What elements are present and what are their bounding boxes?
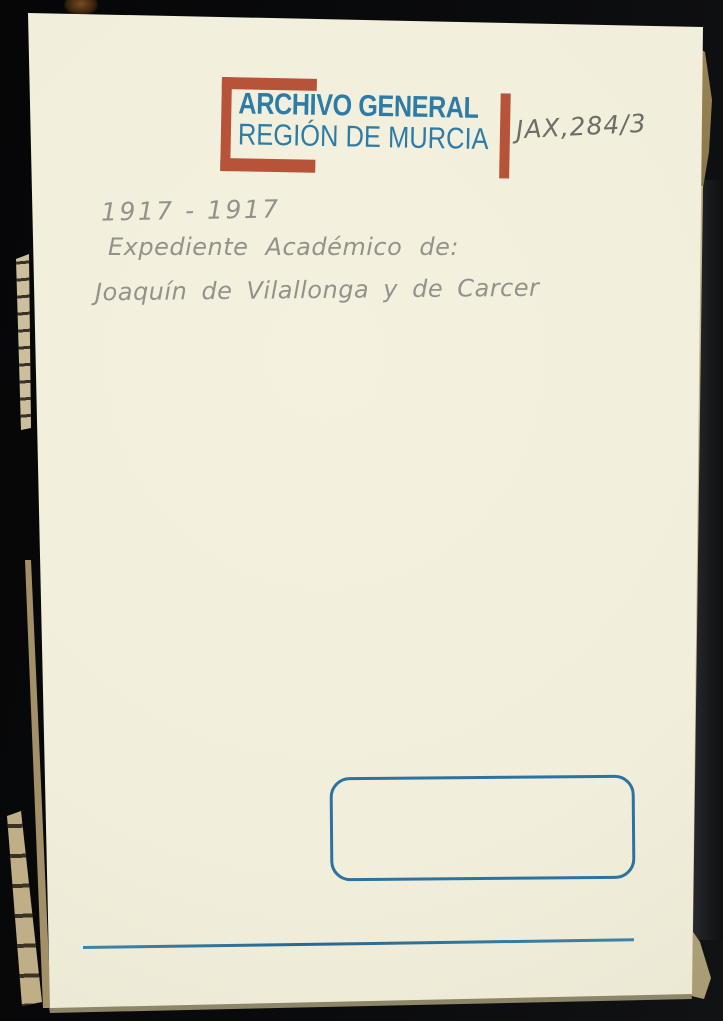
tape-spot — [64, 0, 98, 16]
document-cover-page: ARCHIVO GENERAL REGIÓN DE MURCIA JAX,284… — [0, 0, 723, 1021]
reference-code: JAX,284/3 — [515, 109, 647, 145]
stamp-region-name: REGIÓN DE MURCIA — [238, 119, 489, 155]
archive-stamp: ARCHIVO GENERAL REGIÓN DE MURCIA — [220, 77, 514, 179]
stamp-text: ARCHIVO GENERAL REGIÓN DE MURCIA — [238, 88, 534, 156]
record-title: Expediente Académico de: — [108, 233, 459, 261]
footer-rule-line — [83, 938, 634, 949]
label-box — [330, 775, 636, 882]
person-name: Joaquín de Vilallonga y de Carcer — [95, 274, 540, 307]
date-range: 1917 - 1917 — [101, 194, 281, 226]
photo-background: ARCHIVO GENERAL REGIÓN DE MURCIA JAX,284… — [0, 0, 723, 1021]
